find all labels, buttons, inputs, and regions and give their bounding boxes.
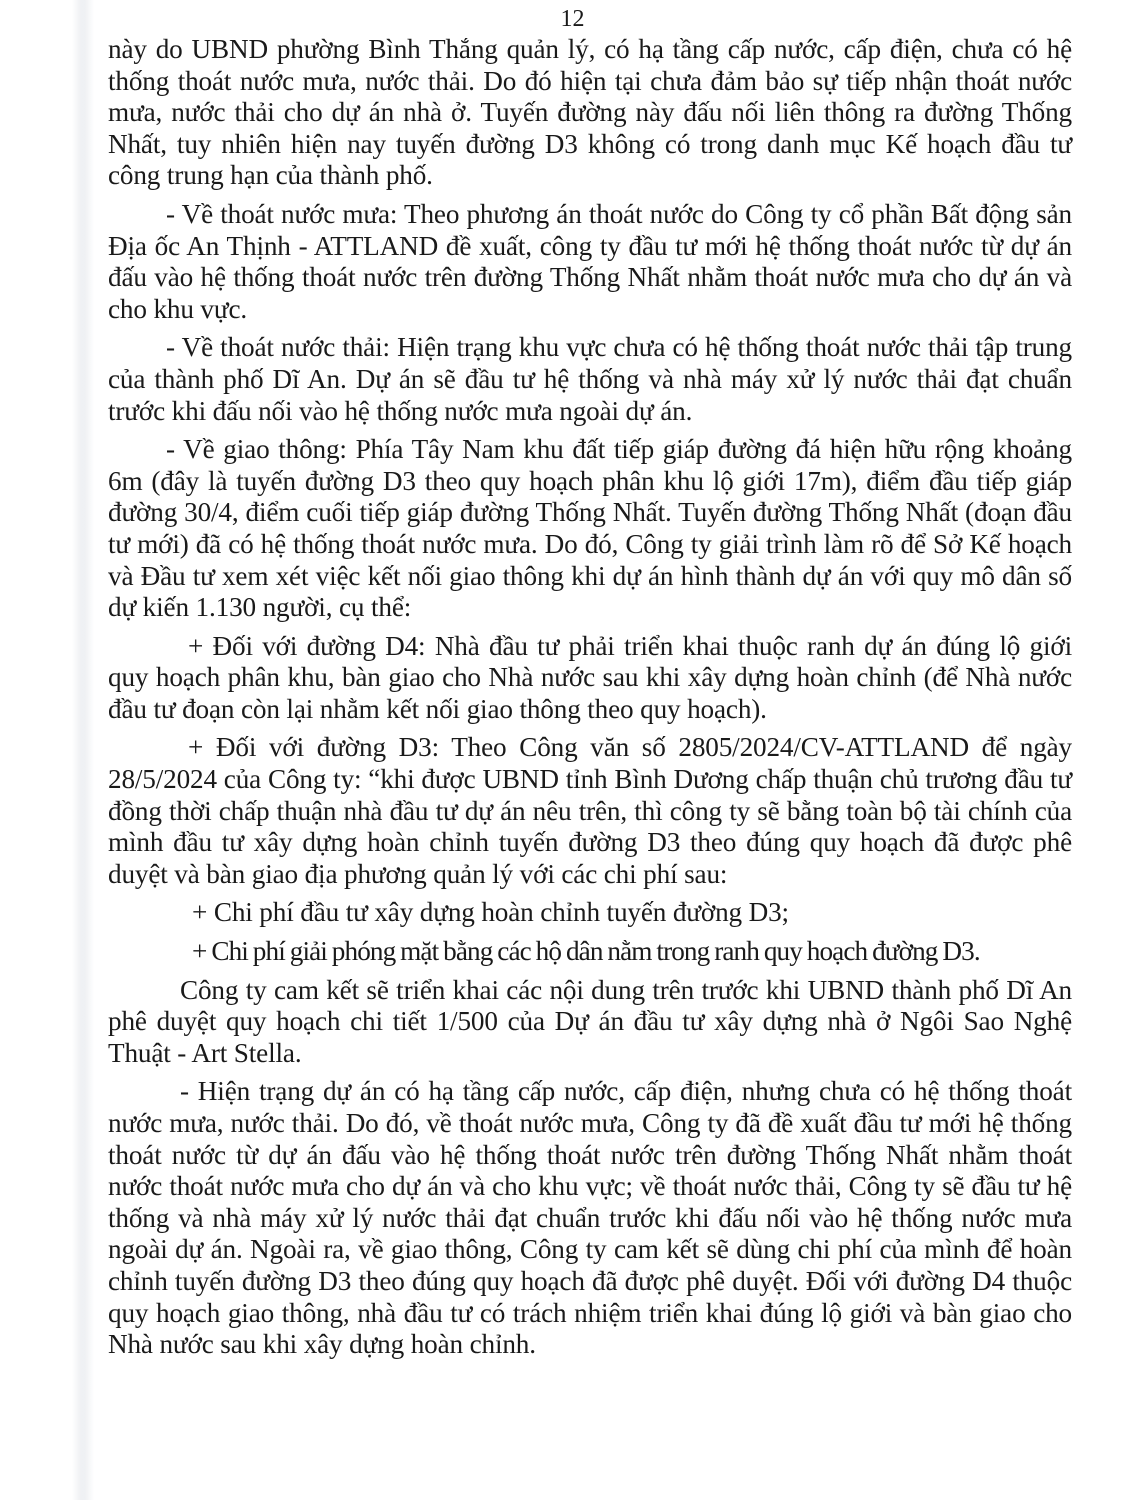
document-body: này do UBND phường Bình Thắng quản lý, c…: [108, 34, 1072, 1361]
page-number: 12: [0, 4, 1145, 34]
scan-edge-artifact: [72, 0, 94, 1500]
list-item-cost-construction: + Chi phí đầu tư xây dựng hoàn chỉnh tuy…: [108, 897, 1072, 929]
paragraph-summary: - Hiện trạng dự án có hạ tầng cấp nước, …: [108, 1076, 1072, 1360]
paragraph-road-d3: + Đối với đường D3: Theo Công văn số 280…: [108, 732, 1072, 890]
paragraph-traffic: - Về giao thông: Phía Tây Nam khu đất ti…: [108, 434, 1072, 624]
paragraph-wastewater-drainage: - Về thoát nước thải: Hiện trạng khu vực…: [108, 332, 1072, 427]
paragraph-commitment: Công ty cam kết sẽ triển khai các nội du…: [108, 975, 1072, 1070]
list-item-cost-clearance: + Chi phí giải phóng mặt bằng các hộ dân…: [108, 936, 1072, 968]
paragraph-rainwater-drainage: - Về thoát nước mưa: Theo phương án thoá…: [108, 199, 1072, 325]
paragraph-road-d4: + Đối với đường D4: Nhà đầu tư phải triể…: [108, 631, 1072, 726]
paragraph-intro-continuation: này do UBND phường Bình Thắng quản lý, c…: [108, 34, 1072, 192]
